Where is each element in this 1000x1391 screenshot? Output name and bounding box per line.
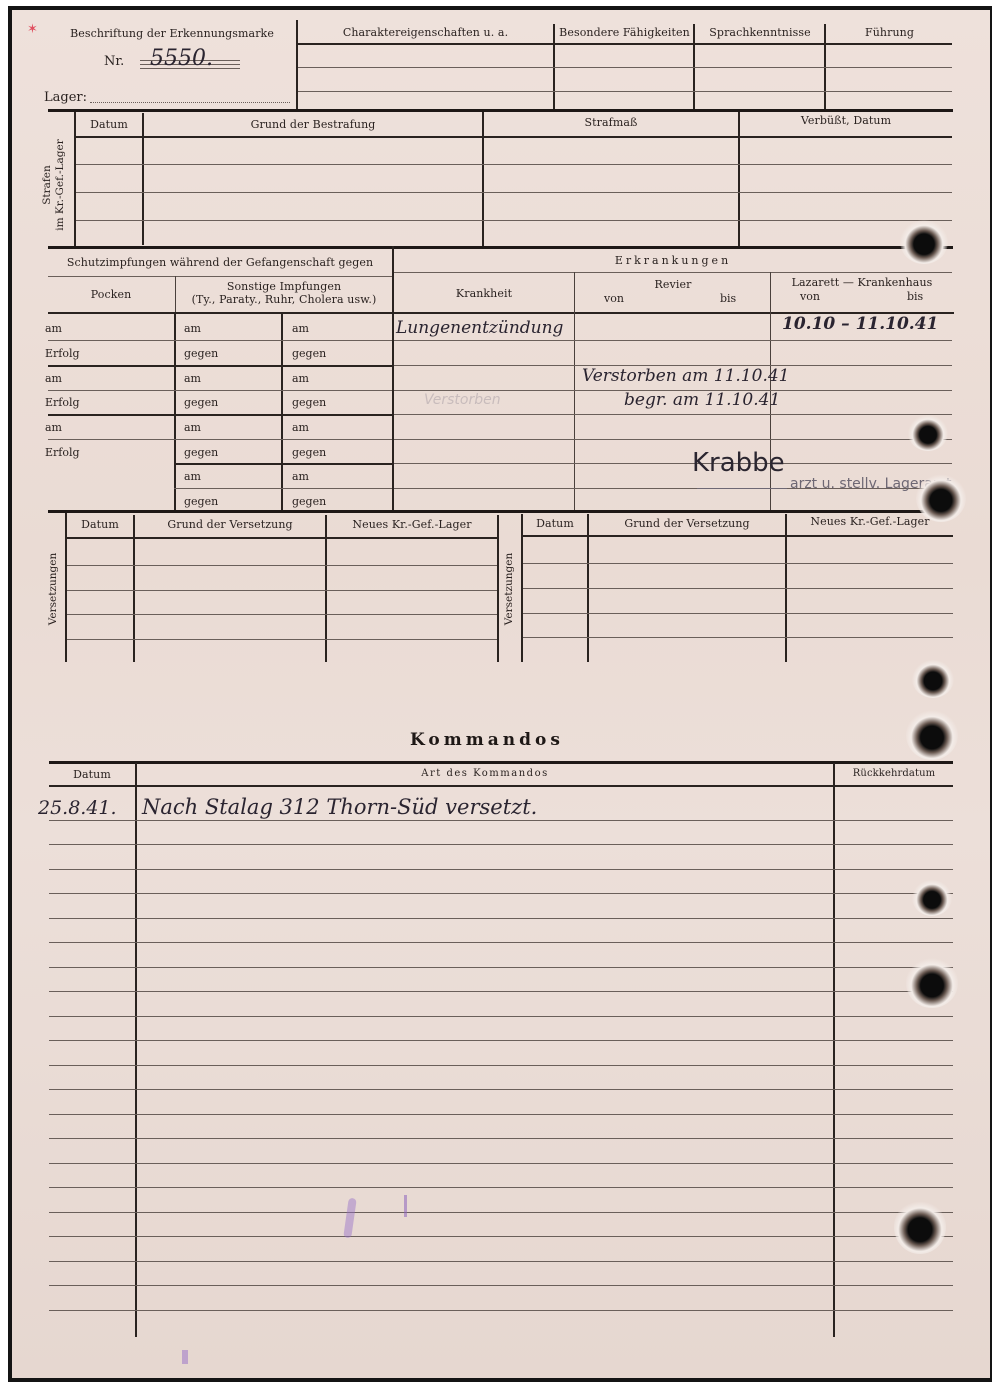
header-rule	[76, 136, 952, 138]
ink-smudge	[404, 1195, 407, 1217]
sonstige-b-3: am	[292, 372, 309, 385]
punch-hole	[912, 660, 954, 698]
signature: Krabbe	[692, 448, 785, 478]
kommandos-rueckkehr-header: Rückkehrdatum	[835, 768, 953, 779]
strafen-grund-header: Grund der Bestrafung	[144, 118, 482, 131]
strafen-strafmass-header: Strafmaß	[484, 116, 738, 129]
versetzung-left-row[interactable]	[67, 590, 497, 591]
strafen-label-2: im Kr.-Gef.-Lager	[54, 125, 67, 245]
row-line	[394, 340, 952, 341]
punch-hole	[916, 474, 966, 522]
impfungen-title: Schutzimpfungen während der Gefangenscha…	[48, 256, 392, 269]
section-rule	[49, 761, 953, 764]
sonstige-b-6: gegen	[292, 446, 326, 459]
kommando-art[interactable]: Nach Stalag 312 Thorn-Süd versetzt.	[142, 795, 537, 819]
lazarett-von-header: von	[800, 290, 820, 303]
pocken-erfolg-3: Erfolg	[45, 446, 80, 459]
sonstige-a-7: am	[184, 470, 201, 483]
row-line	[394, 439, 952, 440]
col-divider	[497, 515, 499, 662]
col-divider	[135, 763, 137, 1337]
strafen-row[interactable]	[76, 220, 952, 221]
krankheit-header: Krankheit	[394, 287, 574, 300]
sonstige-b-8: gegen	[292, 495, 326, 508]
row-line	[394, 272, 952, 273]
erkrankungen-title: Erkrankungen	[394, 254, 952, 267]
kommandos-title: Kommandos	[410, 730, 564, 750]
col-sprachen-header: Sprachkenntnisse	[696, 26, 824, 39]
row-line	[394, 463, 952, 464]
sonstige-header: Sonstige Impfungen	[176, 280, 392, 293]
strafen-side-label: Strafen im Kr.-Gef.-Lager	[41, 125, 67, 245]
section-rule	[48, 510, 954, 513]
krankheit-entry[interactable]: Lungenentzündung	[396, 318, 563, 338]
beschriftung-label: Beschriftung der Erkennungsmarke	[62, 27, 282, 40]
vr-datum-header: Datum	[523, 517, 587, 530]
header-rule	[49, 785, 953, 787]
punch-hole	[912, 880, 952, 916]
versetzung-right-row[interactable]	[523, 637, 953, 638]
vl-grund-header: Grund der Versetzung	[135, 518, 325, 531]
header-rule	[523, 535, 953, 537]
pocken-am-1: am	[45, 322, 62, 335]
row-line	[298, 91, 952, 92]
kommando-datum[interactable]: 25.8.41.	[38, 797, 117, 819]
nr-label: Nr.	[104, 54, 124, 69]
header-rule	[298, 43, 952, 45]
vl-neues-lager-header: Neues Kr.-Gef.-Lager	[327, 518, 497, 531]
punch-hole	[908, 415, 948, 451]
sonstige-b-1: am	[292, 322, 309, 335]
col-divider	[833, 763, 835, 1337]
col-divider	[74, 112, 76, 246]
strafen-datum-header: Datum	[76, 118, 142, 131]
sonstige-b-7: am	[292, 470, 309, 483]
sonstige-a-3: am	[184, 372, 201, 385]
versetzungen-right-side-label: Versetzungen	[503, 544, 515, 634]
versetzungen-left-side-label: Versetzungen	[47, 544, 59, 634]
kommandos-datum-header: Datum	[49, 768, 135, 781]
col-divider	[174, 313, 176, 511]
col-divider	[281, 313, 283, 511]
ink-smudge	[182, 1350, 188, 1364]
strafen-row[interactable]	[76, 192, 952, 193]
revier-von-header: von	[604, 292, 624, 305]
versetzung-right-row[interactable]	[523, 563, 953, 564]
sonstige-a-5: am	[184, 421, 201, 434]
red-star-mark-icon: ✶	[27, 22, 38, 37]
punch-hole	[906, 710, 958, 760]
col-divider	[142, 113, 144, 245]
sonstige-subheader: (Ty., Paraty., Ruhr, Cholera usw.)	[176, 293, 392, 306]
row-line	[48, 390, 392, 391]
ink-smudge	[343, 1198, 356, 1239]
punch-hole	[894, 1200, 946, 1254]
col-divider	[738, 112, 740, 246]
lager-label: Lager:	[44, 90, 87, 105]
stamp-underline	[697, 488, 787, 489]
col-divider	[392, 246, 394, 511]
kommandos-art-header: Art des Kommandos	[137, 768, 833, 779]
row-line	[48, 276, 392, 277]
col-divider	[482, 112, 484, 246]
lazarett-header: Lazarett — Krankenhaus	[772, 276, 952, 289]
row-line	[298, 67, 952, 68]
col-divider	[574, 272, 575, 511]
buried-note[interactable]: begr. am 11.10.41	[624, 390, 780, 410]
pow-record-card-back: ✶ Beschriftung der Erkennungsmarke Nr. 5…	[12, 10, 990, 1378]
died-note[interactable]: Verstorben am 11.10.41	[582, 366, 789, 386]
section-rule	[48, 246, 953, 249]
vr-grund-header: Grund der Versetzung	[589, 517, 785, 530]
row-line	[48, 439, 392, 440]
revier-bis-header: bis	[720, 292, 736, 305]
header-rule	[67, 537, 497, 539]
versetzung-right-row[interactable]	[523, 613, 953, 614]
section-rule	[48, 109, 953, 112]
punch-hole	[900, 220, 948, 264]
punch-hole	[906, 958, 958, 1008]
pocken-am-2: am	[45, 372, 62, 385]
versetzung-left-row[interactable]	[67, 639, 497, 640]
faded-pencil-note: Verstorben	[424, 392, 501, 408]
sonstige-b-2: gegen	[292, 347, 326, 360]
row-line	[394, 414, 952, 415]
pocken-erfolg-2: Erfolg	[45, 396, 80, 409]
sonstige-b-5: am	[292, 421, 309, 434]
versetzung-right-row[interactable]	[523, 588, 953, 589]
col-charakter-header: Charaktereigenschaften u. a.	[298, 26, 553, 39]
row-line	[48, 340, 392, 341]
pocken-am-3: am	[45, 421, 62, 434]
sonstige-a-1: am	[184, 322, 201, 335]
revier-header: Revier	[576, 278, 770, 291]
vl-datum-header: Datum	[67, 518, 133, 531]
col-fuehrung-header: Führung	[827, 26, 952, 39]
nr-value[interactable]: 5550.	[150, 46, 213, 71]
sonstige-b-4: gegen	[292, 396, 326, 409]
row-line	[48, 414, 392, 416]
strafen-row[interactable]	[76, 164, 952, 165]
strafen-verbuesst-header: Verbüßt, Datum	[740, 114, 952, 127]
row-line	[174, 488, 392, 489]
sonstige-a-8: gegen	[184, 495, 218, 508]
sonstige-a-6: gegen	[184, 446, 218, 459]
row-line	[48, 365, 392, 367]
strafen-label-1: Strafen	[41, 125, 54, 245]
versetzung-left-row[interactable]	[67, 614, 497, 615]
sonstige-a-4: gegen	[184, 396, 218, 409]
sonstige-a-2: gegen	[184, 347, 218, 360]
lazarett-bis-header: bis	[907, 290, 923, 303]
lager-field[interactable]	[90, 102, 290, 103]
lazarett-dates-entry[interactable]: 10.10 – 11.10.41	[782, 314, 938, 334]
row-line	[174, 463, 392, 465]
versetzung-left-row[interactable]	[67, 565, 497, 566]
col-faehigkeiten-header: Besondere Fähigkeiten	[556, 26, 693, 39]
pocken-erfolg-1: Erfolg	[45, 347, 80, 360]
pocken-header: Pocken	[48, 288, 174, 301]
